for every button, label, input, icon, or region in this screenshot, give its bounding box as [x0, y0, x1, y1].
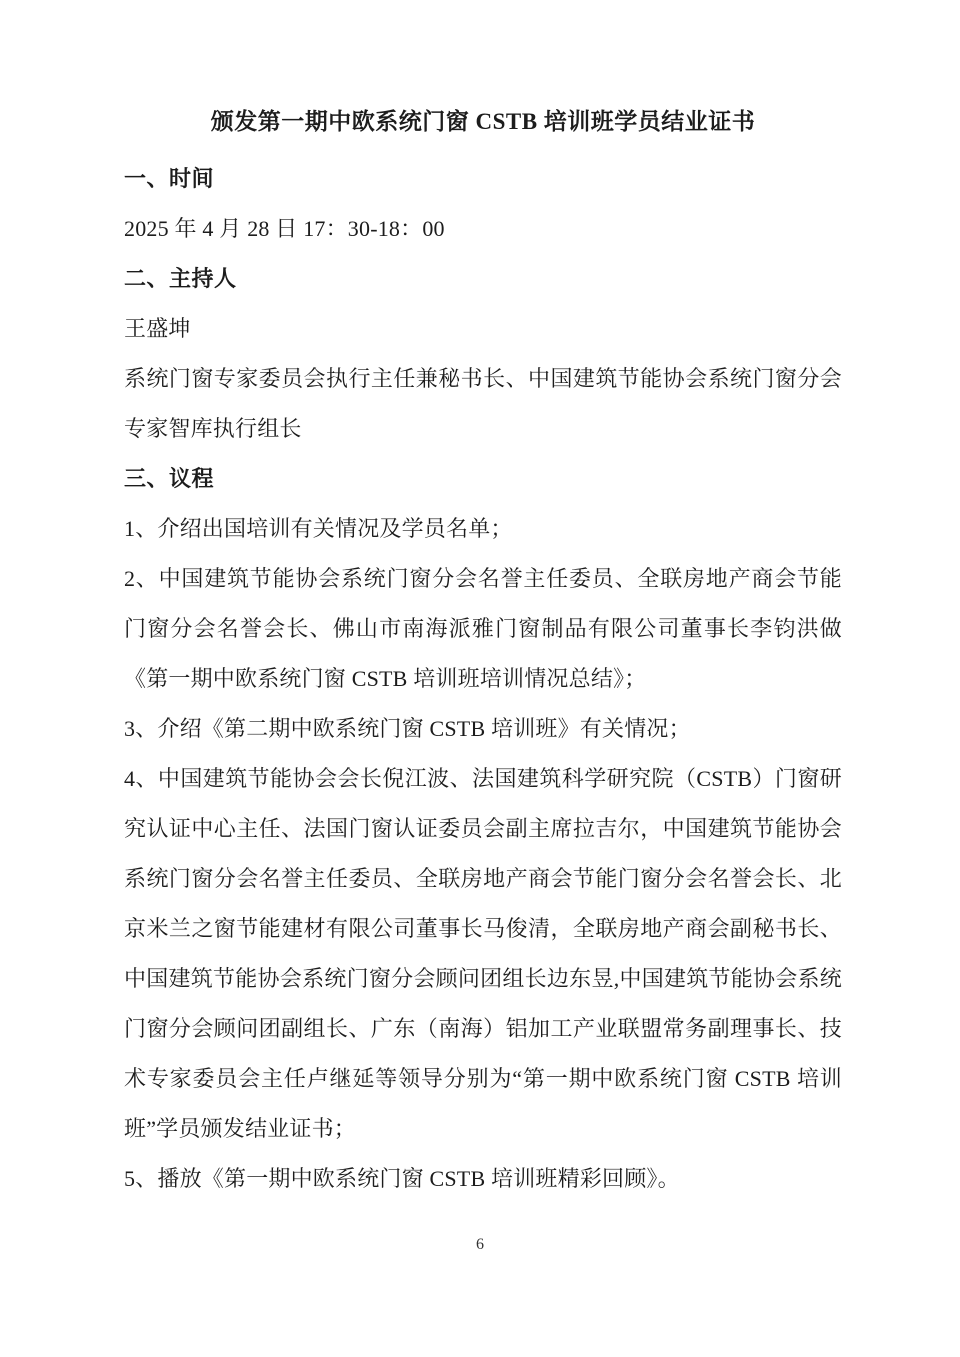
agenda-item-4: 4、中国建筑节能协会会长倪江波、法国建筑科学研究院（CSTB）门窗研究认证中心主… [124, 754, 842, 1154]
section-agenda: 三、议程 1、介绍出国培训有关情况及学员名单； 2、中国建筑节能协会系统门窗分会… [124, 454, 842, 1204]
agenda-item-1: 1、介绍出国培训有关情况及学员名单； [124, 504, 842, 554]
section-time: 一、时间 2025 年 4 月 28 日 17：30-18：00 [124, 154, 842, 254]
section-time-heading: 一、时间 [124, 154, 842, 204]
host-name-paragraph: 王盛坤 [124, 304, 842, 354]
document-content: 颁发第一期中欧系统门窗 CSTB 培训班学员结业证书 一、时间 2025 年 4… [124, 96, 842, 1204]
section-host: 二、主持人 王盛坤 系统门窗专家委员会执行主任兼秘书长、中国建筑节能协会系统门窗… [124, 254, 842, 454]
section-agenda-heading: 三、议程 [124, 454, 842, 504]
time-paragraph: 2025 年 4 月 28 日 17：30-18：00 [124, 204, 842, 254]
page-footer: 6 [0, 1236, 960, 1254]
host-title-paragraph: 系统门窗专家委员会执行主任兼秘书长、中国建筑节能协会系统门窗分会专家智库执行组长 [124, 354, 842, 454]
agenda-item-2: 2、中国建筑节能协会系统门窗分会名誉主任委员、全联房地产商会节能门窗分会名誉会长… [124, 554, 842, 704]
page-number: 6 [476, 1236, 484, 1253]
agenda-item-5: 5、播放《第一期中欧系统门窗 CSTB 培训班精彩回顾》。 [124, 1154, 842, 1204]
document-title: 颁发第一期中欧系统门窗 CSTB 培训班学员结业证书 [124, 96, 842, 148]
document-page: 颁发第一期中欧系统门窗 CSTB 培训班学员结业证书 一、时间 2025 年 4… [0, 0, 960, 1357]
agenda-item-3: 3、介绍《第二期中欧系统门窗 CSTB 培训班》有关情况； [124, 704, 842, 754]
section-host-heading: 二、主持人 [124, 254, 842, 304]
